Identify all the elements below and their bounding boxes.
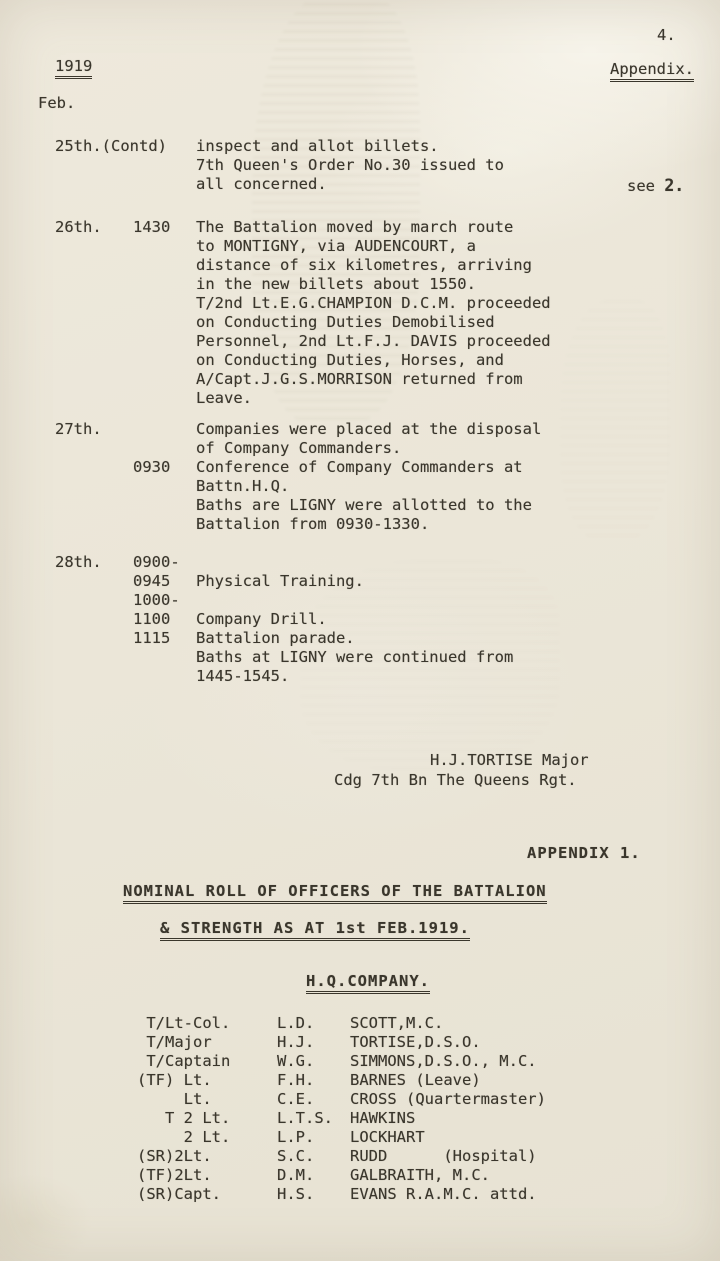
entry-date: 28th. — [55, 553, 102, 572]
officer-initials: L.P. — [277, 1128, 314, 1147]
page-number: 4. — [657, 26, 676, 45]
entry-margin-note: see 2. — [627, 176, 684, 196]
entry-time: 1430 — [133, 218, 170, 237]
officer-rank: T/Captain — [137, 1052, 230, 1071]
table-row: T 2 Lt. L.T.S. HAWKINS — [0, 1109, 720, 1128]
table-row: (TF) Lt. F.H. BARNES (Leave) — [0, 1071, 720, 1090]
officer-name: EVANS R.A.M.C. attd. — [350, 1185, 537, 1204]
entry-date: 25th.(Contd) — [55, 137, 167, 156]
officer-rank: (TF) Lt. — [137, 1071, 212, 1090]
scanned-diary-page: 4. 1919 Appendix. Feb. 25th.(Contd) insp… — [0, 0, 720, 1261]
table-row: (SR)2Lt. S.C. RUDD (Hospital) — [0, 1147, 720, 1166]
signature-title: Cdg 7th Bn The Queens Rgt. — [334, 771, 577, 790]
table-row: T/Major H.J. TORTISE,D.S.O. — [0, 1033, 720, 1052]
table-row: T/Lt-Col. L.D. SCOTT,M.C. — [0, 1014, 720, 1033]
nominal-roll-heading-line2-text: & STRENGTH AS AT 1st FEB.1919. — [160, 919, 470, 941]
officer-name: CROSS (Quartermaster) — [350, 1090, 546, 1109]
diary-year-text: 1919 — [55, 57, 92, 79]
officer-name: BARNES (Leave) — [350, 1071, 481, 1090]
company-heading-text: H.Q.COMPANY. — [306, 972, 430, 994]
company-heading: H.Q.COMPANY. — [306, 972, 430, 991]
appendix-column-label: Appendix. — [610, 60, 694, 79]
officer-rank: (TF)2Lt. — [137, 1166, 212, 1185]
entry-time: 0900- 0945 1000- 1100 1115 — [133, 553, 180, 648]
margin-note-ref: 2. — [664, 176, 684, 195]
officer-initials: H.J. — [277, 1033, 314, 1052]
officer-rank: 2 Lt. — [137, 1128, 230, 1147]
officer-rank: T/Major — [137, 1033, 212, 1052]
officer-name: RUDD (Hospital) — [350, 1147, 537, 1166]
officer-rank: T/Lt-Col. — [137, 1014, 230, 1033]
entry-body: inspect and allot billets. 7th Queen's O… — [196, 137, 504, 194]
diary-year: 1919 — [55, 57, 92, 76]
table-row: (TF)2Lt. D.M. GALBRAITH, M.C. — [0, 1166, 720, 1185]
officer-name: SIMMONS,D.S.O., M.C. — [350, 1052, 537, 1071]
reverse-side-bleedthrough — [560, 300, 670, 540]
nominal-roll-heading-line2: & STRENGTH AS AT 1st FEB.1919. — [160, 919, 470, 938]
officer-name: TORTISE,D.S.O. — [350, 1033, 481, 1052]
officer-initials: F.H. — [277, 1071, 314, 1090]
table-row: Lt. C.E. CROSS (Quartermaster) — [0, 1090, 720, 1109]
signature-name: H.J.TORTISE Major — [430, 751, 589, 770]
table-row: (SR)Capt. H.S. EVANS R.A.M.C. attd. — [0, 1185, 720, 1204]
table-row: T/Captain W.G. SIMMONS,D.S.O., M.C. — [0, 1052, 720, 1071]
officer-roll-table: T/Lt-Col. L.D. SCOTT,M.C. T/Major H.J. T… — [0, 1014, 720, 1204]
nominal-roll-heading-line1-text: NOMINAL ROLL OF OFFICERS OF THE BATTALIO… — [123, 882, 547, 904]
officer-initials: L.D. — [277, 1014, 314, 1033]
officer-rank: Lt. — [137, 1090, 212, 1109]
nominal-roll-heading-line1: NOMINAL ROLL OF OFFICERS OF THE BATTALIO… — [123, 882, 547, 901]
officer-initials: C.E. — [277, 1090, 314, 1109]
officer-initials: D.M. — [277, 1166, 314, 1185]
officer-name: SCOTT,M.C. — [350, 1014, 443, 1033]
officer-name: LOCKHART — [350, 1128, 425, 1147]
officer-initials: W.G. — [277, 1052, 314, 1071]
entry-time: 0930 — [133, 420, 170, 477]
officer-rank: (SR)Capt. — [137, 1185, 221, 1204]
entry-body: Companies were placed at the disposal of… — [196, 420, 541, 534]
margin-note-label: see — [627, 177, 664, 195]
officer-rank: (SR)2Lt. — [137, 1147, 212, 1166]
officer-name: GALBRAITH, M.C. — [350, 1166, 490, 1185]
entry-body: The Battalion moved by march route to MO… — [196, 218, 551, 408]
officer-initials: L.T.S. — [277, 1109, 333, 1128]
officer-initials: H.S. — [277, 1185, 314, 1204]
entry-date: 27th. — [55, 420, 102, 439]
diary-month: Feb. — [38, 94, 75, 113]
appendix-column-label-text: Appendix. — [610, 60, 694, 82]
entry-date: 26th. — [55, 218, 102, 237]
entry-body: Physical Training. Company Drill. Battal… — [196, 553, 513, 686]
officer-initials: S.C. — [277, 1147, 314, 1166]
table-row: 2 Lt. L.P. LOCKHART — [0, 1128, 720, 1147]
officer-name: HAWKINS — [350, 1109, 415, 1128]
appendix1-title: APPENDIX 1. — [527, 844, 641, 863]
officer-rank: T 2 Lt. — [137, 1109, 230, 1128]
